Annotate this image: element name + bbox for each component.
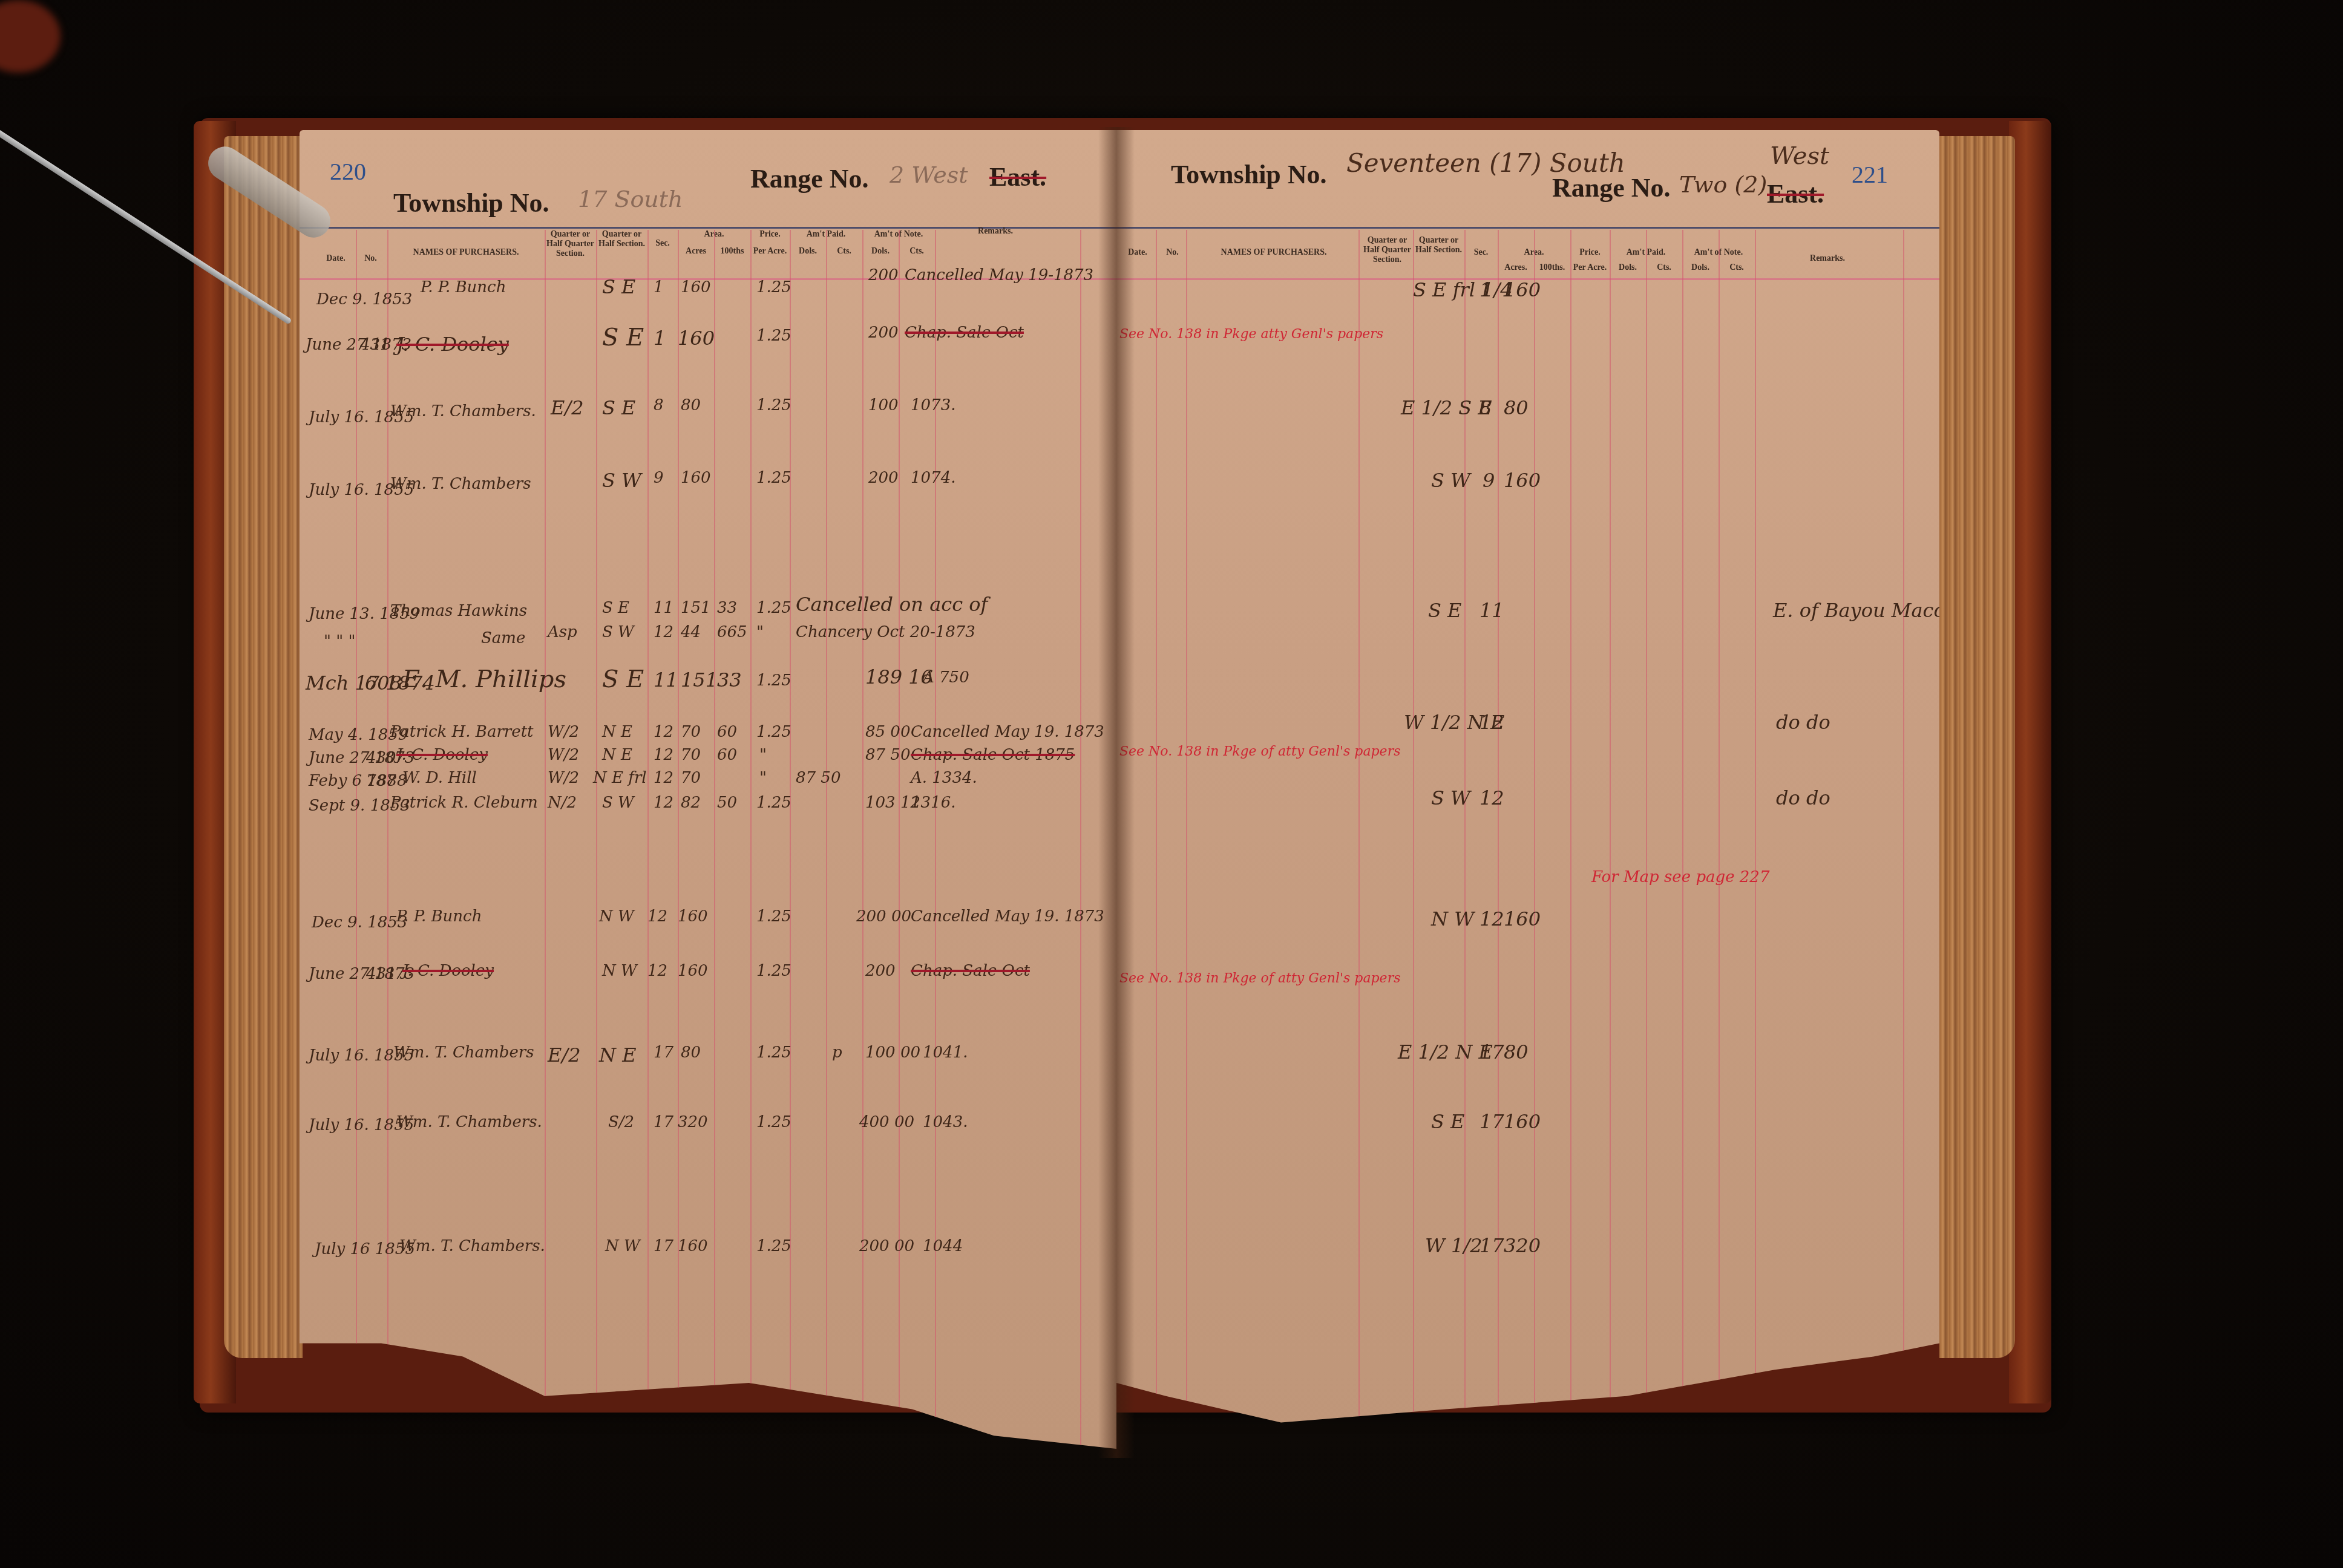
row-sec: 12 [654,794,673,812]
row-price: " [756,623,764,641]
range-value: 2 West [890,162,968,188]
row-sec: 11 [1480,599,1504,622]
row-sec: 9 [1483,469,1495,492]
row-price: 1.25 [756,469,791,487]
row-remarks: Chancery Oct 20-1873 [796,623,975,641]
col-price: Price. [1570,248,1610,258]
row-qh: S E [602,665,644,693]
row-acres: 320 [1504,1234,1541,1257]
header-rule [1116,227,1939,229]
row-qh: S E [602,324,644,351]
row-qhq: N/2 [548,794,577,812]
row-sec: 17 [654,1044,673,1062]
col-qhq: Quarter or Half Quarter Section. [545,230,596,259]
row-qh: N W [605,1237,640,1255]
row-qh: S W [1431,469,1470,492]
row-acres: 160 [678,962,708,980]
row-qh: S E [1428,599,1461,622]
row-remarks: 1073. [911,396,955,414]
row-name: Wm. T. Chambers. [399,1237,545,1255]
row-paid: 87 50 [796,769,841,787]
col-price: Price. [750,230,790,240]
col-note-cts: Cts. [899,247,935,256]
row-qh: N W [599,907,634,926]
col-per-acre: Per Acre. [1570,263,1610,273]
row-qh: S E [602,396,635,419]
row-qhq: Asp [548,623,577,641]
row-no: 787 [366,772,396,790]
col-qh: Quarter or Half Section. [596,230,647,249]
row-acres: 160 [1504,1110,1541,1133]
col-names: NAMES OF PURCHASERS. [390,248,542,258]
row-sec: 17 [654,1237,673,1255]
row-acres: 80 [1504,1040,1529,1063]
col-qh: Quarter or Half Section. [1413,236,1464,255]
row-name: J. C. Dooley [396,746,488,764]
row-sec: 12 [654,746,673,764]
row-note: 200 [865,962,896,980]
red-note: See No. 138 in Pkge atty Genl's papers [1119,327,1383,342]
row-remarks: A. 1334. [911,769,977,787]
row-name: Wm. T. Chambers. [390,402,536,420]
col-remarks: Remarks. [1755,254,1900,264]
row-sec: 17 [1480,1110,1504,1133]
column-headers: Date. No. NAMES OF PURCHASERS. Quarter o… [1116,230,1939,278]
row-name: J. C. Dooley [402,962,494,980]
row-remarks: A 750 [923,668,969,687]
row-paid: p [832,1044,842,1062]
row-sec: 17 [654,1113,673,1131]
row-price: 1.25 [756,396,791,414]
row-acres: 160 [1504,907,1541,930]
row-acres: 160 [678,907,708,926]
ledger-row: Sept 9. 1853 Patrick R. Cleburn N/2 S W … [300,794,1116,830]
row-qh: S W [1431,786,1470,809]
row-acres: 80 [1504,396,1529,419]
row-sec: 1 [654,327,666,350]
row-price: 1.25 [756,1044,791,1062]
col-sec: Sec. [1464,248,1498,258]
ledger-row: N W 12 160 [1116,907,1939,944]
col-per-acre: Per Acre. [750,247,790,256]
col-paid-dols: Dols. [1610,263,1646,273]
col-note-dols: Dols. [862,247,899,256]
ledger-row: July 16. 1855 Wm. T. Chambers S W 9 160 … [300,469,1116,505]
row-remarks: Cancelled May 19. 1873 [911,723,1104,741]
row-qhq: E/2 [548,1044,581,1067]
row-price: 1.25 [756,794,791,812]
row-qh: N W [1431,907,1474,930]
row-remarks: 1074. [911,469,955,487]
row-qhq: W/2 [548,769,579,787]
red-note: See No. 138 in Pkge of atty Genl's paper… [1119,971,1400,986]
row-note: 200 [868,266,899,284]
row-remarks: 1316. [911,794,955,812]
row-qh: E 1/2 N E [1398,1040,1493,1063]
ledger-row: S E frl 1/4 1 160 [1116,278,1939,315]
row-remarks: do do [1776,786,1830,809]
row-date: " " " [324,632,355,650]
row-qh: S E [602,275,635,298]
row-qh: W 1/2 [1425,1234,1483,1257]
row-note: 200 [868,469,899,487]
row-qh: S/2 [608,1113,634,1131]
row-qh: S W [602,794,634,812]
row-remarks: Chap. Sale Oct [905,324,1024,342]
row-hundredths: 60 [717,723,737,741]
right-page-header: Township No. Seventeen (17) South Range … [1116,130,1939,227]
row-name: Wm. T. Chambers [393,1044,534,1062]
row-hundredths: 60 [717,746,737,764]
cover-right-edge [2009,121,2051,1403]
row-qh: S E [1431,1110,1464,1133]
col-names: NAMES OF PURCHASERS. [1189,248,1358,258]
row-name: E. M. Phillips [402,665,566,693]
township-value: 17 South [578,186,683,212]
range-east-struck: East. [989,162,1046,192]
township-label: Township No. [1171,159,1327,190]
col-sec: Sec. [647,239,678,249]
row-hundredths: 50 [717,794,737,812]
row-remarks: Cancelled May 19-1873 [905,266,1093,284]
col-no: No. [1159,248,1186,258]
row-sec: 12 [1480,786,1504,809]
row-acres: 151 [681,599,711,617]
row-sec: 12 [654,769,673,787]
row-remarks: Chap. Sale Oct 1875 [911,746,1075,764]
book-gutter [1098,127,1135,1458]
row-qh: N W [602,962,637,980]
row-note: 100 [868,396,899,414]
row-acres: 151 [681,668,718,691]
row-sec: 12 [654,723,673,741]
row-name: Patrick H. Barrett [390,723,534,741]
ledger-row: S E 17 160 [1116,1110,1939,1146]
row-price: 1.25 [756,327,791,345]
row-date: June 27 1873 [306,336,411,354]
row-acres: 160 [1504,469,1541,492]
col-paid-cts: Cts. [826,247,862,256]
ledger-row: June 27 1873 431 J. C. Dooley S E 1 160 … [300,324,1116,360]
row-name: Thomas Hawkins [390,602,527,620]
row-acres: 320 [678,1113,708,1131]
range-west: West [1770,142,1829,170]
row-qh: N E [602,746,632,764]
row-acres: 80 [681,396,701,414]
row-remarks: do do [1776,711,1830,734]
row-price: " [759,769,767,787]
row-acres: 160 [681,278,711,296]
row-qhq: W/2 [548,746,579,764]
row-acres: 82 [681,794,701,812]
row-acres: 70 [681,769,701,787]
row-name: Patrick R. Cleburn [390,794,538,812]
col-acres: Acres. [1498,263,1534,273]
ledger-row: S W 12 do do [1116,786,1939,823]
row-note: 200 00 [856,907,911,926]
ledger-row: July 16. 1855 Wm. T. Chambers. E/2 S E 8… [300,396,1116,433]
ledger-row: S E 11 E. of Bayou Macon [1116,599,1939,635]
row-qh: S W [602,623,634,641]
row-sec: 12 [654,623,673,641]
row-qh: E 1/2 S E [1401,396,1492,419]
row-qh: N E [602,723,632,741]
row-hundredths: 33 [717,599,737,617]
row-remarks: 1041. [923,1044,968,1062]
col-acres: Acres [678,247,714,256]
row-qh: S E [602,599,629,617]
col-note-dols: Dols. [1682,263,1719,273]
ledger-row: July 16. 1855 Wm. T. Chambers E/2 N E 17… [300,1044,1116,1080]
page-number: 220 [330,157,366,186]
row-sec: 12 [1480,907,1504,930]
ledger-row: " " " Same Asp S W 12 44 665 " Chancery … [300,623,1116,659]
right-page: Township No. Seventeen (17) South Range … [1116,130,1939,1449]
range-value: Two (2) [1679,171,1767,198]
row-sec: 17 [1480,1234,1504,1257]
row-price: 1.25 [756,962,791,980]
ledger-row: Mch 17 1874 608 E. M. Phillips S E 11 15… [300,665,1116,702]
ledger-row: Dec 9. 1853 P. P. Bunch N W 12 160 1.25 … [300,907,1116,944]
col-no: No. [357,254,384,264]
col-paid-cts: Cts. [1646,263,1682,273]
row-sec: 12 [647,962,667,980]
row-qh: S W [602,469,641,492]
row-sec: 8 [1480,396,1492,419]
row-remarks: 1044 [923,1237,963,1255]
row-price: 1.25 [756,278,791,296]
row-sec: 1 [654,278,664,296]
row-sec: 1 [1480,278,1492,301]
row-note: 400 00 [859,1113,914,1131]
row-qh: N E frl [593,769,647,787]
row-no: 608 [365,671,402,694]
ledger-row: W 1/2 17 320 [1116,1234,1939,1270]
row-sec: 12 [1480,711,1504,734]
row-name: W. D. Hill [402,769,477,787]
row-remarks: Cancelled on acc of [796,593,988,616]
ledger-row: W 1/2 N E 12 do do [1116,711,1939,747]
ledger-row: S W 9 160 [1116,469,1939,505]
row-acres: 80 [681,1044,701,1062]
red-note: See No. 138 in Pkge of atty Genl's paper… [1119,744,1400,759]
row-price: " [759,746,767,764]
row-acres: 70 [681,746,701,764]
row-sec: 17 [1480,1040,1504,1063]
page-number: 221 [1852,160,1888,189]
row-note: 87 50 [865,746,910,764]
row-acres: 160 [678,1237,708,1255]
row-name: Wm. T. Chambers. [396,1113,542,1131]
range-label: Range No. [1552,172,1671,203]
col-date: Date. [318,254,354,264]
col-100ths: 100ths [714,247,750,256]
row-acres: 160 [678,327,715,350]
row-sec: 11 [654,599,673,617]
range-east-struck: East. [1767,178,1824,209]
left-page-header: 220 Township No. 17 South Range No. 2 We… [300,130,1116,227]
row-remarks: E. of Bayou Macon [1773,599,1939,622]
row-hundredths: 33 [717,668,742,691]
row-name: Same [481,629,525,647]
row-price: 1.25 [756,1237,791,1255]
row-no: 431 [366,965,396,983]
range-label: Range No. [750,163,869,194]
col-remarks: Remarks. [935,227,1056,237]
row-sec: 12 [647,907,667,926]
row-sec: 9 [654,469,664,487]
ledger-row: Dec 9. 1853 P. P. Bunch S E 1 160 1.25 2… [300,278,1116,315]
row-acres: 160 [1504,278,1541,301]
col-qhq: Quarter or Half Quarter Section. [1362,236,1413,265]
row-no: 431 [360,336,390,354]
row-note: 100 00 [865,1044,920,1062]
row-acres: 160 [681,469,711,487]
row-date: June 27 1873 [309,965,415,983]
row-note: 200 [868,324,899,342]
row-name: J. C. Dooley [396,333,509,356]
row-remarks: 1043. [923,1113,968,1131]
row-qhq: W/2 [548,723,579,741]
row-sec: 11 [654,668,678,691]
left-page: 220 Township No. 17 South Range No. 2 We… [300,130,1116,1449]
row-hundredths: 665 [717,623,747,641]
row-price: 1.25 [756,1113,791,1131]
ledger-row: E 1/2 S E 8 80 [1116,396,1939,433]
row-remarks: Cancelled May 19. 1873 [911,907,1104,926]
row-qhq: E/2 [551,396,584,419]
row-price: 1.25 [756,671,791,690]
map-reference-note: For Map see page 227 [1591,868,1769,886]
col-paid-dols: Dols. [790,247,826,256]
row-note: 200 00 [859,1237,914,1255]
ledger-row: June 27 1873 431 J. C. Dooley N W 12 160… [300,962,1116,998]
row-note: 85 00 [865,723,910,741]
row-qh: N E [599,1044,637,1067]
row-remarks: Chap. Sale Oct [911,962,1030,980]
col-note-cts: Cts. [1719,263,1755,273]
row-acres: 44 [681,623,701,641]
row-price: 1.25 [756,599,791,617]
right-page-stack [1939,136,2015,1358]
row-name: Wm. T. Chambers [390,475,531,493]
row-name: P. P. Bunch [421,278,506,296]
row-acres: 70 [681,723,701,741]
row-no: 430 [366,749,396,767]
row-qh: S E frl 1/4 [1413,278,1513,301]
row-sec: 8 [654,396,664,414]
ledger-row: July 16 1855 Wm. T. Chambers. N W 17 160… [300,1237,1116,1273]
ledger-row: E 1/2 N E 17 80 [1116,1040,1939,1077]
township-label: Township No. [393,188,549,218]
row-price: 1.25 [756,907,791,926]
row-date: Dec 9. 1853 [316,290,412,309]
row-name: P. P. Bunch [396,907,482,926]
ledger-row: July 16. 1855 Wm. T. Chambers. S/2 17 32… [300,1113,1116,1149]
row-date: Dec 9. 1853 [312,913,407,932]
col-100ths: 100ths. [1534,263,1570,273]
row-price: 1.25 [756,723,791,741]
